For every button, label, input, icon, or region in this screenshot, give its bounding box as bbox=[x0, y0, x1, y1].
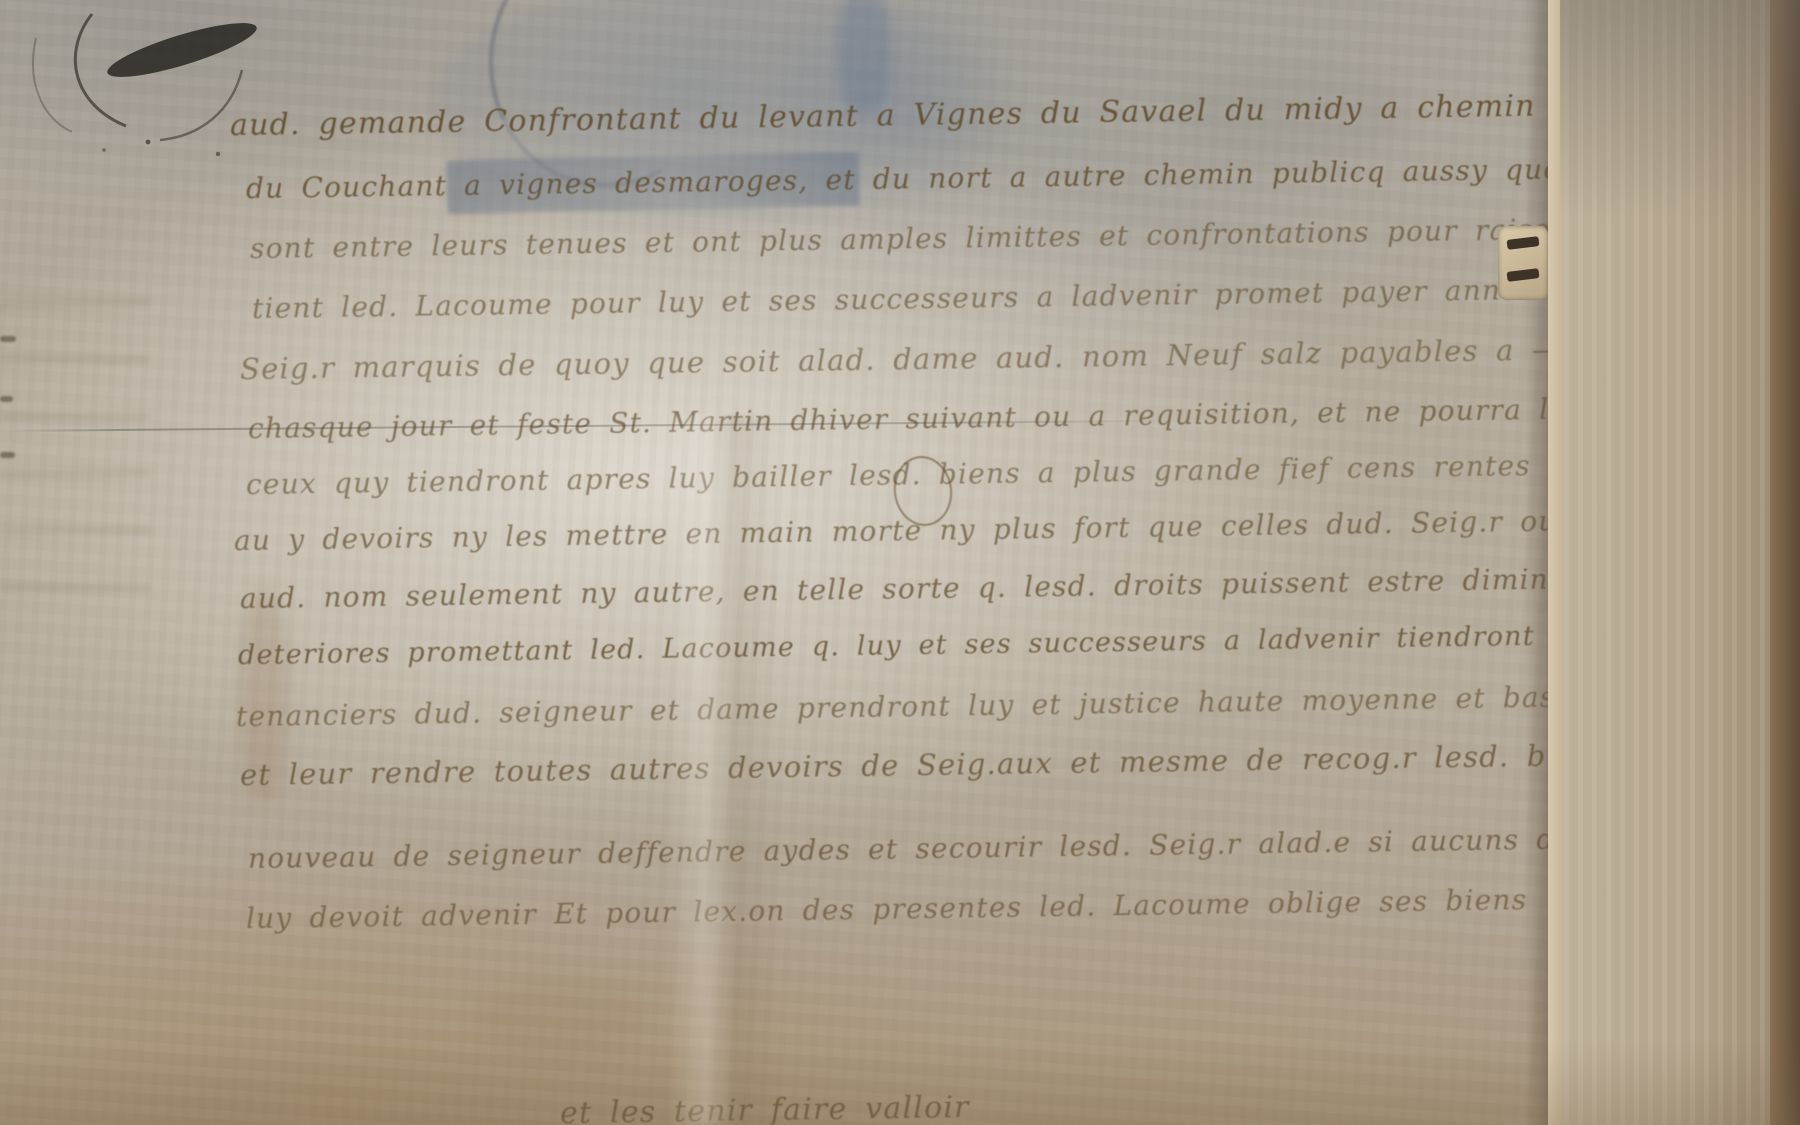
margin-ink-mark bbox=[0, 452, 15, 458]
binding-clip-slot bbox=[1507, 236, 1540, 250]
manuscript-line: Seig.r marquis de quoy que soit alad. da… bbox=[240, 332, 1563, 386]
ink-blot-mark bbox=[30, 0, 310, 180]
page-edge-highlight bbox=[1548, 0, 1564, 1125]
manuscript-line: sont entre leurs tenues et ont plus ampl… bbox=[250, 211, 1670, 265]
manuscript-line: tenanciers dud. seigneur et dame prendro… bbox=[236, 678, 1715, 733]
margin-ink-mark bbox=[0, 396, 13, 402]
manuscript-line: aud. nom seulement ny autre, en telle so… bbox=[240, 560, 1702, 615]
paper-stain bbox=[475, 980, 645, 1055]
adjacent-page-edge bbox=[1564, 0, 1770, 1125]
manuscript-photo: aud. gemande Confrontant du levant a Vig… bbox=[0, 0, 1800, 1125]
manuscript-line: et leur rendre toutes autres devoirs de … bbox=[240, 736, 1748, 792]
binding-clip-slot bbox=[1507, 268, 1540, 282]
page-stack-edge-dark bbox=[1770, 0, 1800, 1125]
page-edge-shadow bbox=[1524, 0, 1548, 1125]
manuscript-line: et les tenir faire valloir bbox=[560, 1090, 970, 1125]
manuscript-line: luy devoit advenir Et pour lex.on des pr… bbox=[246, 883, 1528, 935]
manuscript-line: nouveau de seigneur deffendre aydes et s… bbox=[248, 821, 1656, 875]
revenue-stamp-fragment bbox=[838, 0, 890, 113]
verso-ink-bleed bbox=[0, 298, 150, 633]
binding-clip bbox=[1498, 226, 1548, 300]
margin-ink-mark bbox=[0, 336, 16, 342]
